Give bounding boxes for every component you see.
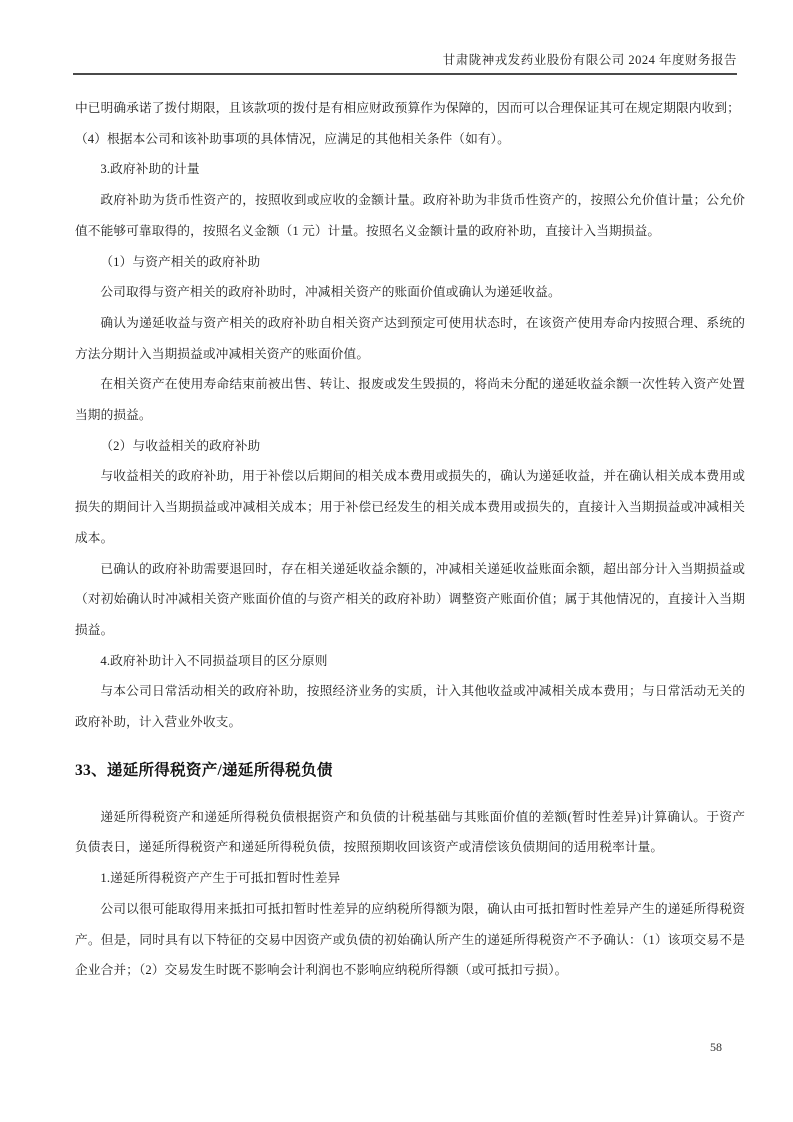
page-number: 58 xyxy=(710,1040,722,1055)
page-header: 甘肃陇神戎发药业股份有限公司 2024 年度财务报告 xyxy=(73,52,737,75)
paragraph: 公司以很可能取得用来抵扣可抵扣暂时性差异的应纳税所得额为限，确认由可抵扣暂时性差… xyxy=(75,894,745,986)
report-title: 甘肃陇神戎发药业股份有限公司 2024 年度财务报告 xyxy=(443,53,737,67)
paragraph: （2）与收益相关的政府补助 xyxy=(75,431,745,462)
paragraph: 在相关资产在使用寿命结束前被出售、转让、报废或发生毁损的，将尚未分配的递延收益余… xyxy=(75,369,745,430)
paragraph: （1）与资产相关的政府补助 xyxy=(75,247,745,278)
paragraph: 政府补助为货币性资产的，按照收到或应收的金额计量。政府补助为非货币性资产的，按照… xyxy=(75,185,745,246)
paragraph: 1.递延所得税资产产生于可抵扣暂时性差异 xyxy=(75,863,745,894)
section-heading: 33、递延所得税资产/递延所得税负债 xyxy=(75,758,745,784)
paragraph: （4）根据本公司和该补助事项的具体情况，应满足的其他相关条件（如有）。 xyxy=(75,124,745,155)
paragraph: 中已明确承诺了拨付期限，且该款项的拨付是有相应财政预算作为保障的，因而可以合理保… xyxy=(75,93,745,124)
document-body: 中已明确承诺了拨付期限，且该款项的拨付是有相应财政预算作为保障的，因而可以合理保… xyxy=(75,93,745,986)
paragraph: 确认为递延收益与资产相关的政府补助自相关资产达到预定可使用状态时，在该资产使用寿… xyxy=(75,308,745,369)
paragraph: 递延所得税资产和递延所得税负债根据资产和负债的计税基础与其账面价值的差额(暂时性… xyxy=(75,802,745,863)
paragraph: 与本公司日常活动相关的政府补助，按照经济业务的实质，计入其他收益或冲减相关成本费… xyxy=(75,676,745,737)
paragraph: 已确认的政府补助需要退回时，存在相关递延收益余额的，冲减相关递延收益账面余额，超… xyxy=(75,554,745,646)
report-page: 甘肃陇神戎发药业股份有限公司 2024 年度财务报告 中已明确承诺了拨付期限，且… xyxy=(0,0,793,1122)
paragraph: 公司取得与资产相关的政府补助时，冲减相关资产的账面价值或确认为递延收益。 xyxy=(75,277,745,308)
paragraph: 4.政府补助计入不同损益项目的区分原则 xyxy=(75,646,745,677)
paragraph: 与收益相关的政府补助，用于补偿以后期间的相关成本费用或损失的，确认为递延收益，并… xyxy=(75,461,745,553)
paragraph: 3.政府补助的计量 xyxy=(75,154,745,185)
